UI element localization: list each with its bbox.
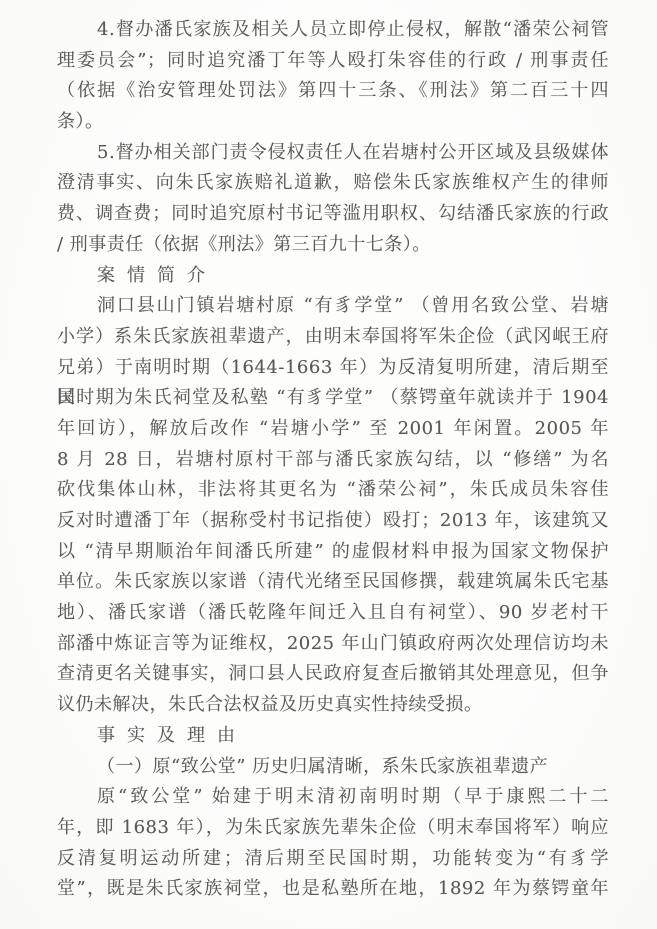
text-line: 反清复明运动所建；清后期至民国时期，功能转变为“有豸学 [57,844,609,875]
text-line: 部潘中炼证言等为证维权，2025 年山门镇政府两次处理信访均未 [57,629,609,660]
text-line: （一）原“致公堂” 历史归属清晰，系朱氏家族祖辈遗产 [57,752,609,783]
text-line: 条）。 [57,107,609,138]
text-line: 以 “清早期顺治年间潘氏所建” 的虚假材料申报为国家文物保护 [57,537,609,568]
text-line: 反对时遭潘丁年（据称受村书记指使）殴打；2013 年，该建筑又 [57,506,609,537]
text-line: （依据《治安管理处罚法》第四十三条、《刑法》第二百三十四 [57,76,609,107]
text-line: 年，即 1683 年），为朱氏家族先辈朱企俭（明末奉国将军）响应 [57,813,609,844]
text-line: / 刑事责任（依据《刑法》第三百九十七条）。 [57,230,609,261]
text-line: 4.督办潘氏家族及相关人员立即停止侵权，解散“潘荣公祠管 [57,15,609,46]
text-line: 5.督办相关部门责令侵权责任人在岩塘村公开区域及县级媒体 [57,138,609,169]
section-heading: 案情简介 [57,261,609,292]
text-line: 地）、潘氏家谱（潘氏乾隆年间迁入且自有祠堂）、90 岁老村干 [57,598,609,629]
text-line: 澄清事实、向朱氏家族赔礼道歉，赔偿朱氏家族维权产生的律师 [57,168,609,199]
text-line: 理委员会”；同时追究潘丁年等人殴打朱容佳的行政 / 刑事责任 [57,46,609,77]
text-line: 年回访），解放后改作 “岩塘小学” 至 2001 年闲置。2005 年 [57,414,609,445]
text-line: 砍伐集体山林，非法将其更名为 “潘荣公祠”，朱氏成员朱容佳 [57,475,609,506]
text-line: 议仍未解决，朱氏合法权益及历史真实性持续受损。 [57,690,609,721]
text-line: 单位。朱氏家族以家谱（清代光绪至民国修撰，载建筑属朱氏宅基 [57,567,609,598]
document-page: 4.督办潘氏家族及相关人员立即停止侵权，解散“潘荣公祠管理委员会”；同时追究潘丁… [0,0,657,929]
text-line: 8 月 28 日，岩塘村原村干部与潘氏家族勾结，以 “修缮” 为名 [57,445,609,476]
document-body: 4.督办潘氏家族及相关人员立即停止侵权，解散“潘荣公祠管理委员会”；同时追究潘丁… [57,15,609,905]
text-line: 兄弟）于南明时期（1644-1663 年）为反清复明所建，清后期至民 [57,353,609,384]
text-line: 洞口县山门镇岩塘村原 “有豸学堂” （曾用名致公堂、岩塘 [57,291,609,322]
text-line: 查清更名关键事实，洞口县人民政府复查后撤销其处理意见，但争 [57,659,609,690]
text-line: 原“致公堂” 始建于明末清初南明时期（早于康熙二十二 [57,782,609,813]
text-line: 费、调查费；同时追究原村书记等滥用职权、勾结潘氏家族的行政 [57,199,609,230]
section-heading: 事实及理由 [57,721,609,752]
text-line: 堂”，既是朱氏家族祠堂，也是私塾所在地，1892 年为蔡锷童年 [57,874,609,905]
text-line: 小学）系朱氏家族祖辈遗产，由明末奉国将军朱企俭（武冈岷王府 [57,322,609,353]
text-line: 国时期为朱氏祠堂及私塾 “有豸学堂” （蔡锷童年就读并于 1904 [57,383,609,414]
